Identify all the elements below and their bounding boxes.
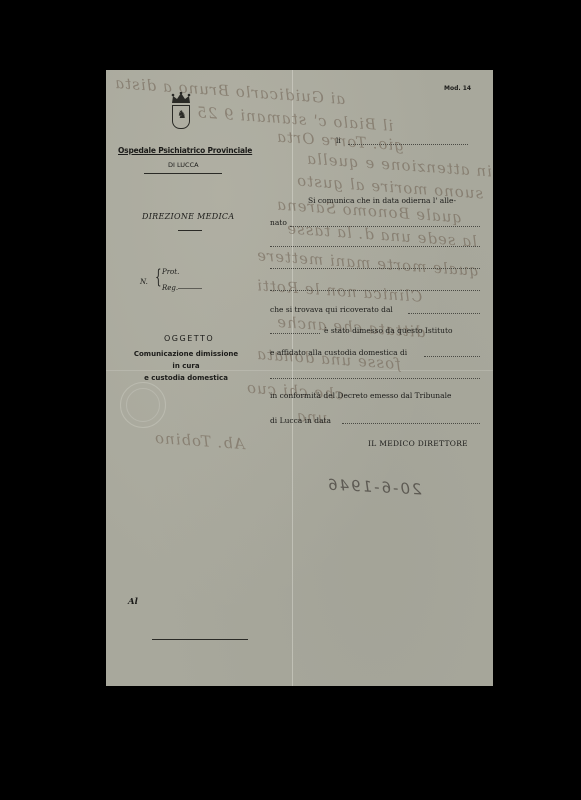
custodian-field[interactable] xyxy=(424,356,480,357)
shield-icon: ♞ xyxy=(172,105,190,129)
admission-date-field[interactable] xyxy=(408,313,480,314)
institution-name: Ospedale Psichiatrico Provinciale xyxy=(118,146,252,155)
subject-line: Comunicazione dimissione xyxy=(122,348,250,360)
department-title: DIREZIONE MEDICA xyxy=(142,212,234,221)
form-code: Mod. 14 xyxy=(444,85,471,92)
place-date-field[interactable] xyxy=(348,144,468,145)
handwriting-bleed: ai Guidicarlo Bruno a dista xyxy=(114,74,346,108)
handwriting-bleed: Clinica non le Rotti xyxy=(256,276,423,306)
decree-date-field[interactable] xyxy=(342,423,480,424)
header-divider xyxy=(144,173,222,174)
patient-details-field-3[interactable] xyxy=(270,290,480,291)
signature-label: IL MEDICO DIRETTORE xyxy=(368,439,468,448)
prot-label: Prot. xyxy=(162,268,179,276)
department-underline xyxy=(178,230,202,231)
body-born-label: nato xyxy=(270,218,287,227)
body-line-6: in conformità del Decreto emesso dal Tri… xyxy=(270,391,451,400)
document-page: ai Guidicarlo Bruno a dista il Bialo c' … xyxy=(106,70,493,686)
patient-name-field[interactable] xyxy=(290,226,480,227)
handwritten-date: 20-6-1946 xyxy=(326,476,422,499)
body-line-5: e affidato alla custodia domestica di xyxy=(270,348,407,357)
addressee-label: Al xyxy=(128,597,138,607)
reg-label: Reg. xyxy=(162,284,178,292)
body-line-3: che si trovava qui ricoverato dal xyxy=(270,305,393,314)
handwriting-bleed: quale morte mani mettere xyxy=(256,246,480,280)
number-label: N. xyxy=(140,278,148,286)
subject-line: in cura xyxy=(122,360,250,372)
handwriting-bleed: Ab. Tobino xyxy=(153,429,245,453)
patient-details-field[interactable] xyxy=(270,246,480,247)
subject-heading: OGGETTO xyxy=(164,334,214,343)
brace-symbol: { xyxy=(155,266,161,286)
subject-text: Comunicazione dimissione in cura e custo… xyxy=(122,348,250,384)
patient-details-field-2[interactable] xyxy=(270,268,480,269)
body-line-1: Si comunica che in data odierna l' alle- xyxy=(308,196,456,205)
discharge-date-field[interactable] xyxy=(270,333,320,334)
body-line-4: è stato dimesso da questo Istituto xyxy=(324,326,453,335)
place-date-label: li xyxy=(336,136,341,145)
custodian-field-2[interactable] xyxy=(270,378,480,379)
addressee-line[interactable] xyxy=(152,639,248,640)
institution-city: DI LUCCA xyxy=(168,161,199,169)
crest-with-crown-icon: ♞ xyxy=(170,92,192,136)
embossed-stamp-icon xyxy=(120,382,166,428)
body-line-7: di Lucca in data xyxy=(270,416,331,425)
crown-icon xyxy=(171,92,191,104)
reg-field-line[interactable] xyxy=(178,288,202,289)
